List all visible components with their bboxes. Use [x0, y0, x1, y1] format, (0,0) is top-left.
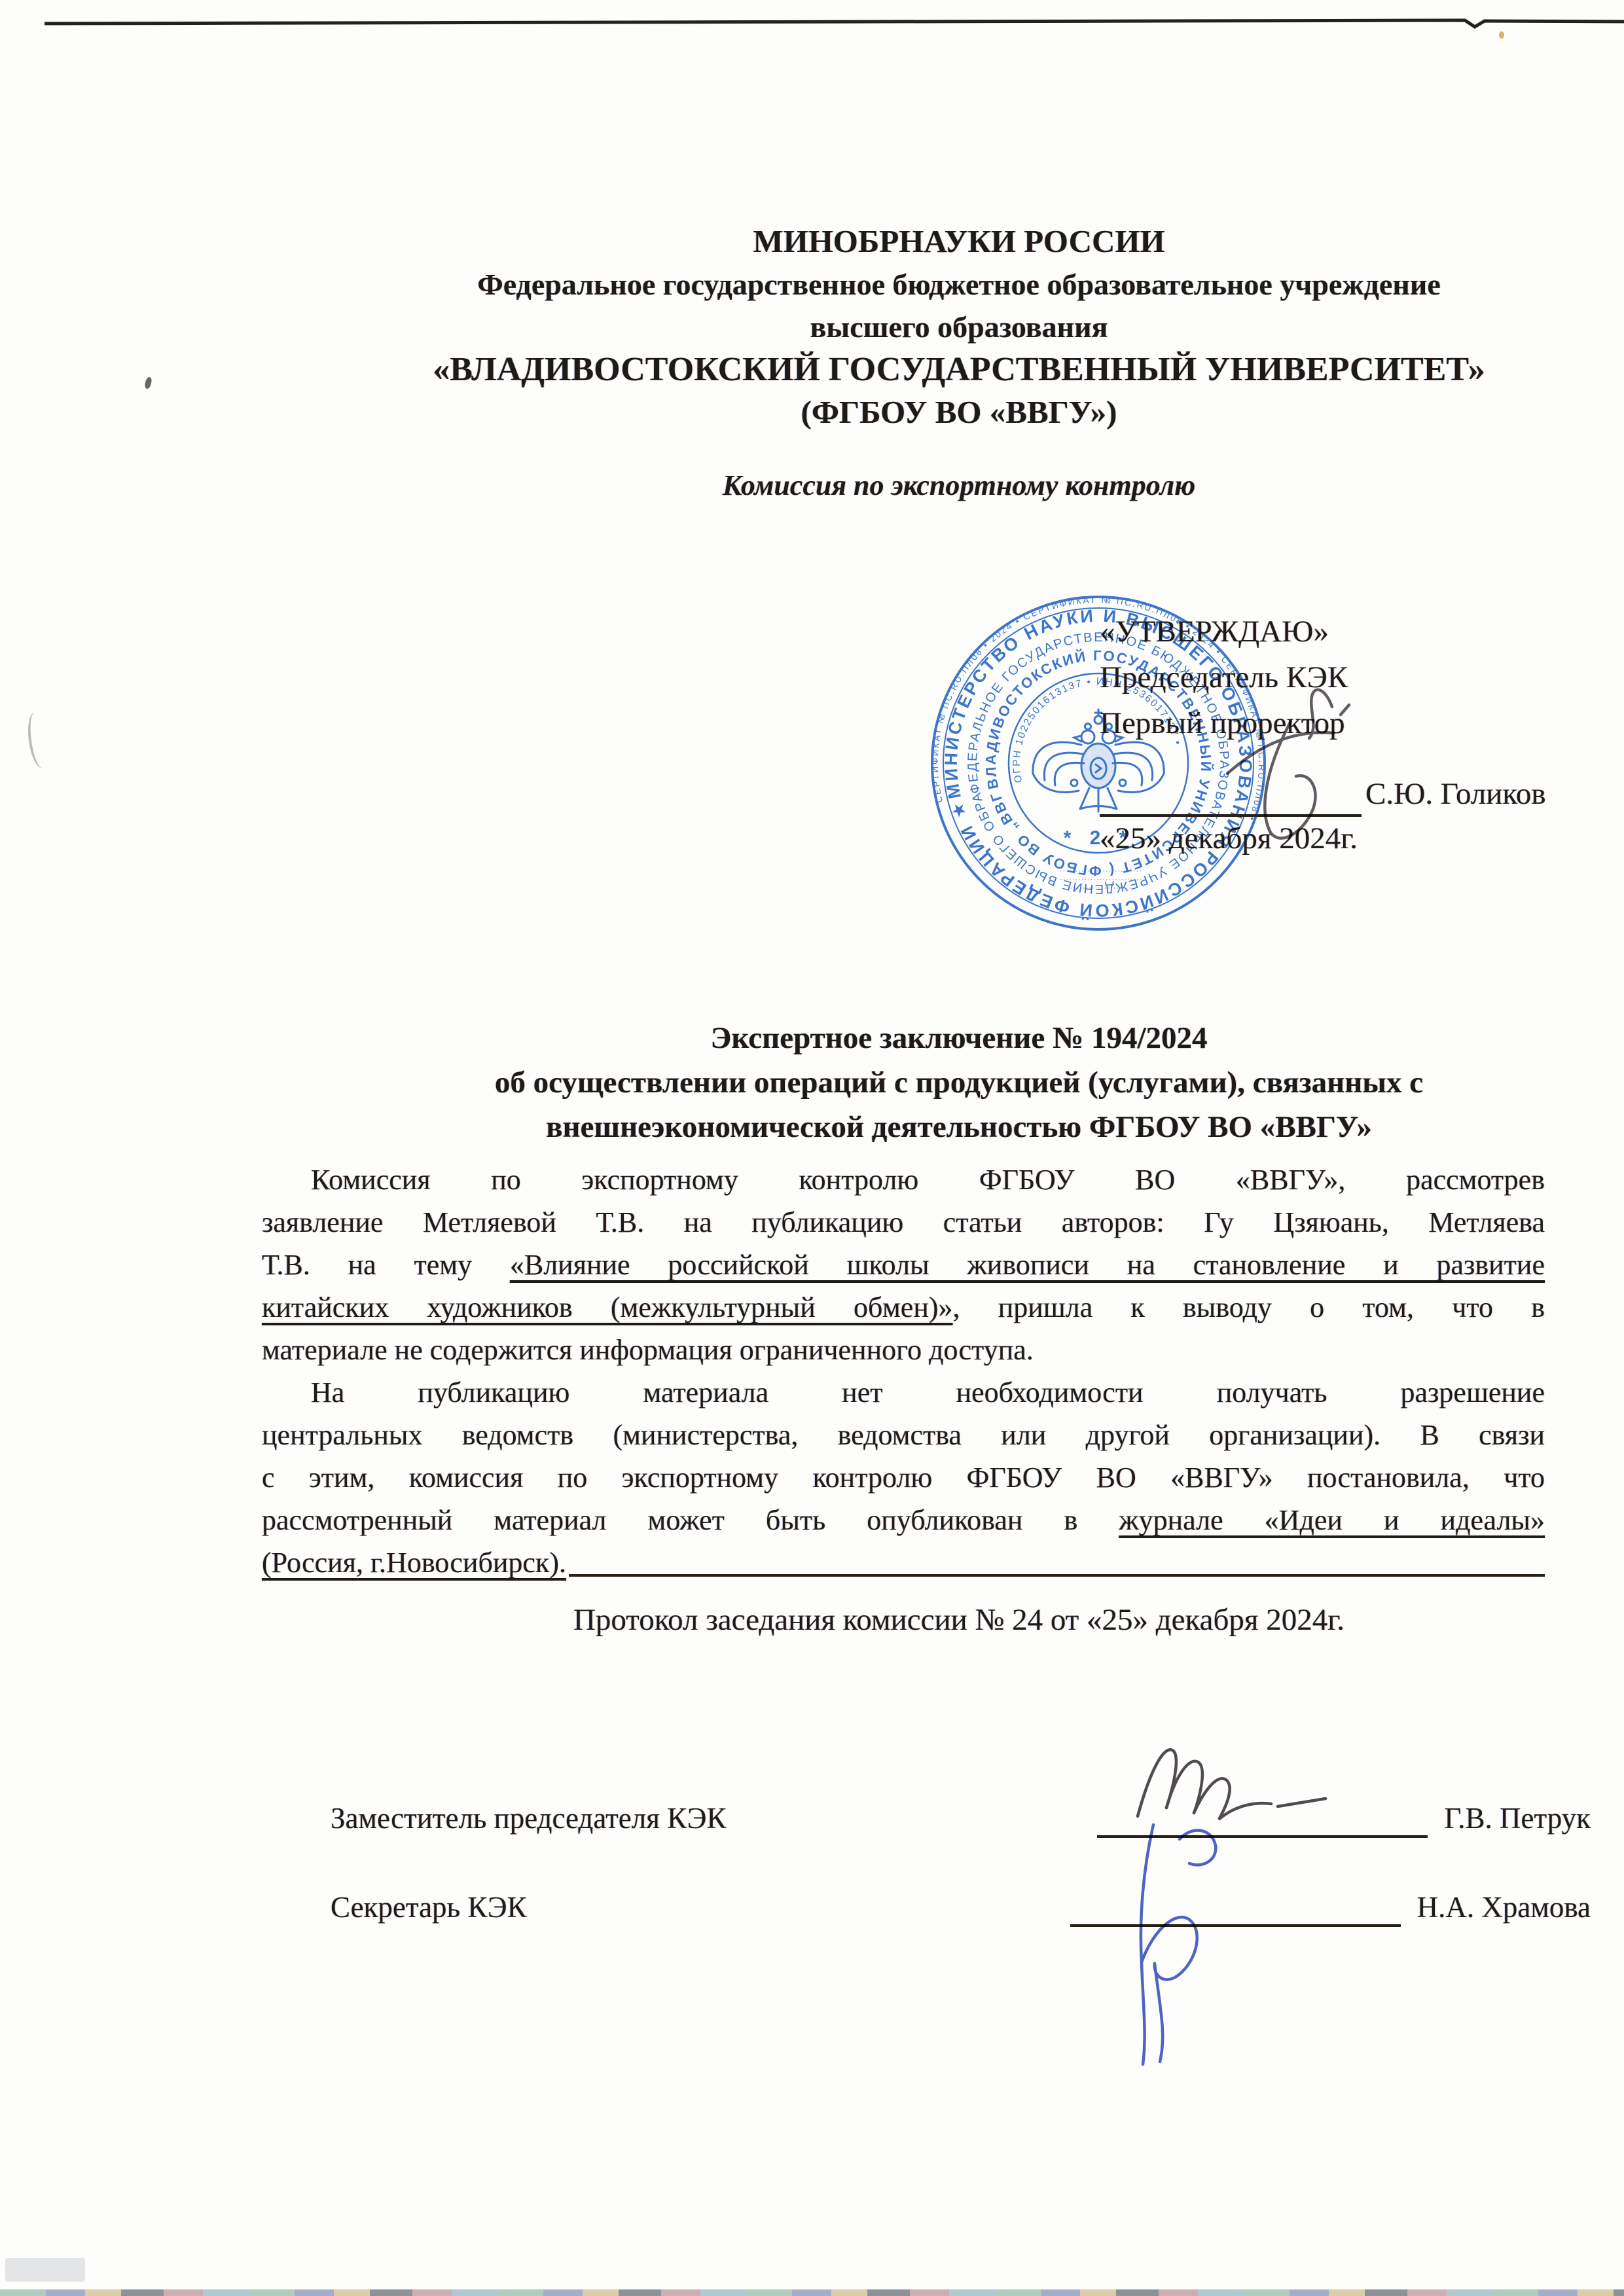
university-name: «ВЛАДИВОСТОКСКИЙ ГОСУДАРСТВЕННЫЙ УНИВЕРС… — [380, 348, 1538, 391]
signer-role: Секретарь КЭК — [331, 1890, 527, 1924]
institution-type-line1: Федеральное государственное бюджетное об… — [380, 263, 1538, 306]
trailing-rule-line — [569, 1541, 1545, 1577]
body-text-segment: На публикацию материала нет необходимост… — [311, 1376, 1545, 1408]
body-line: китайских художников (межкультурный обме… — [262, 1286, 1545, 1329]
body-line: центральных ведомств (министерства, ведо… — [262, 1414, 1545, 1456]
protocol-line: Протокол заседания комиссии № 24 от «25»… — [380, 1602, 1538, 1638]
secretary-signature-row: Секретарь КЭК Н.А. Храмова — [331, 1890, 1591, 1927]
body-line: с этим, комиссия по экспортному контролю… — [262, 1456, 1545, 1499]
signer-name: Г.В. Петрук — [1444, 1801, 1591, 1835]
title-line-3: внешнеэкономической деятельностью ФГБОУ … — [380, 1105, 1538, 1149]
body-text-segment: Комиссия по экспортному контролю ФГБОУ В… — [311, 1164, 1545, 1196]
document-body: Комиссия по экспортному контролю ФГБОУ В… — [262, 1158, 1545, 1584]
body-text-segment: заявление Метляевой Т.В. на публикацию с… — [262, 1206, 1545, 1238]
svg-text:····················: ···················· — [1070, 884, 1131, 892]
body-line: На публикацию материала нет необходимост… — [262, 1371, 1545, 1414]
body-line: материале не содержится информация огран… — [262, 1329, 1545, 1371]
underlined-text-segment: (Россия, г.Новосибирск). — [262, 1541, 566, 1584]
ministry-name: МИНОБРНАУКИ РОССИИ — [380, 220, 1538, 263]
body-line: Т.В. на тему «Влияние российской школы ж… — [262, 1244, 1545, 1286]
scan-edge-line — [0, 0, 1624, 46]
scan-artifact-dot — [1499, 31, 1504, 39]
scan-artifact-mark — [144, 376, 153, 389]
document-title: Экспертное заключение № 194/2024 об осущ… — [380, 1016, 1538, 1149]
body-line: Комиссия по экспортному контролю ФГБОУ В… — [262, 1158, 1545, 1201]
title-line-number: Экспертное заключение № 194/2024 — [380, 1016, 1538, 1060]
document-header: МИНОБРНАУКИ РОССИИ Федеральное государст… — [380, 220, 1538, 433]
svg-text:···························: ··························· — [1060, 876, 1142, 884]
khramova-signature — [1113, 1812, 1270, 2073]
body-text-segment: центральных ведомств (министерства, ведо… — [262, 1419, 1545, 1451]
scanned-document-page: МИНОБРНАУКИ РОССИИ Федеральное государст… — [0, 0, 1624, 2296]
stamp-micro-text-block: ··························· ············… — [1060, 867, 1142, 892]
body-text-segment: материале не содержится информация огран… — [262, 1334, 1034, 1366]
institution-type-line2: высшего образования — [380, 306, 1538, 348]
golikov-signature — [1191, 674, 1407, 864]
signer-name: Н.А. Храмова — [1417, 1890, 1591, 1924]
underlined-text-segment: «Влияние российской школы живописи на ст… — [510, 1249, 1545, 1281]
body-text-segment: с этим, комиссия по экспортному контролю… — [262, 1462, 1545, 1494]
department-name: Комиссия по экспортному контролю — [380, 469, 1538, 502]
scan-artifact-paren — [25, 711, 52, 769]
underlined-text-segment: китайских художников (межкультурный обме… — [262, 1291, 953, 1323]
signer-role: Заместитель председателя КЭК — [331, 1801, 726, 1835]
scan-noise-strip — [0, 2289, 1624, 2296]
underlined-text-segment: журнале «Идеи и идеалы» — [1119, 1504, 1545, 1536]
body-line: (Россия, г.Новосибирск). — [262, 1541, 1545, 1584]
body-text-segment: , пришла к выводу о том, что в — [953, 1291, 1545, 1323]
body-line: заявление Метляевой Т.В. на публикацию с… — [262, 1201, 1545, 1244]
scan-artifact-smudge — [5, 2258, 85, 2282]
body-text-segment: рассмотренный материал может быть опубли… — [262, 1504, 1119, 1536]
approve-word: «УТВЕРЖДАЮ» — [1100, 609, 1604, 655]
body-text-segment: Т.В. на тему — [262, 1249, 510, 1281]
svg-text:···························: ··························· — [1060, 867, 1142, 875]
university-abbreviation: (ФГБОУ ВО «ВВГУ») — [380, 391, 1538, 433]
body-line: рассмотренный материал может быть опубли… — [262, 1499, 1545, 1541]
title-line-2: об осуществлении операций с продукцией (… — [380, 1060, 1538, 1105]
